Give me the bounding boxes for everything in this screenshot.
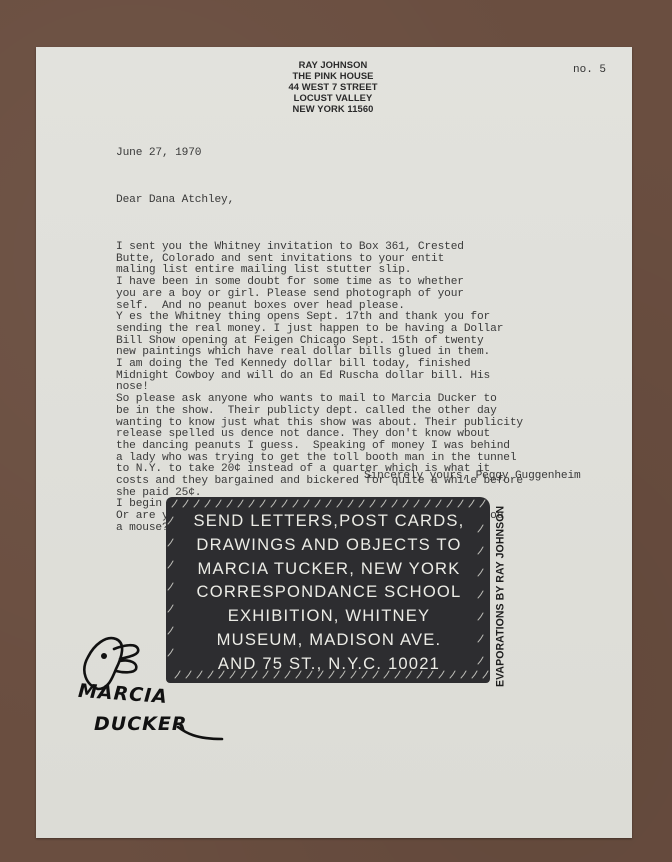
letterhead: RAY JOHNSON THE PINK HOUSE 44 WEST 7 STR…: [34, 59, 632, 114]
stamp-line: MUSEUM, MADISON AVE.: [174, 628, 484, 652]
letterhead-line: THE PINK HOUSE: [34, 70, 632, 81]
letterhead-line: 44 WEST 7 STREET: [34, 81, 632, 92]
letter-date: June 27, 1970: [116, 148, 523, 160]
rubber-stamp-block: SEND LETTERS,POST CARDS, DRAWINGS AND OB…: [166, 497, 490, 683]
letter-line: you are a boy or girl. Please send photo…: [116, 289, 523, 301]
stamp-line: SEND LETTERS,POST CARDS,: [174, 509, 484, 533]
letter-page: RAY JOHNSON THE PINK HOUSE 44 WEST 7 STR…: [36, 47, 632, 838]
salutation: Dear Dana Atchley,: [116, 195, 523, 207]
letter-line: Midnight Cowboy and will do an Ed Ruscha…: [116, 371, 523, 383]
letter-line: be in the show. Their publicty dept. cal…: [116, 406, 523, 418]
stamp-line: EXHIBITION, WHITNEY: [174, 604, 484, 628]
stamp-line: AND 75 ST., N.Y.C. 10021: [174, 652, 484, 676]
handwritten-name-line-2: DUCKER: [94, 713, 187, 735]
letterhead-line: RAY JOHNSON: [34, 59, 632, 70]
letterhead-line: LOCUST VALLEY: [34, 92, 632, 103]
page-number: no. 5: [573, 64, 606, 76]
eye-dot-icon: [101, 653, 107, 659]
stamp-line: MARCIA TUCKER, NEW YORK: [174, 557, 484, 581]
stamp-credit: EVAPORATIONS BY RAY JOHNSON: [494, 506, 507, 687]
stamp-line: CORRESPONDANCE SCHOOL: [174, 580, 484, 604]
handwritten-underline-stroke: [176, 723, 226, 743]
letter-line: the dancing peanuts I guess. Speaking of…: [116, 441, 523, 453]
letter-line: I sent you the Whitney invitation to Box…: [116, 242, 523, 254]
stamp-line: DRAWINGS AND OBJECTS TO: [174, 533, 484, 557]
signoff: Sincerely yours, Peggy Guggenheim: [364, 470, 581, 482]
letter-line: I am doing the Ted Kennedy dollar bill t…: [116, 359, 523, 371]
stamp-text: SEND LETTERS,POST CARDS, DRAWINGS AND OB…: [174, 509, 484, 676]
letter-line: sending the real money. I just happen to…: [116, 324, 523, 336]
letter-body: June 27, 1970 Dear Dana Atchley, I sent …: [116, 125, 523, 558]
body-paragraphs: I sent you the Whitney invitation to Box…: [116, 242, 523, 535]
letterhead-line: NEW YORK 11560: [34, 103, 632, 114]
